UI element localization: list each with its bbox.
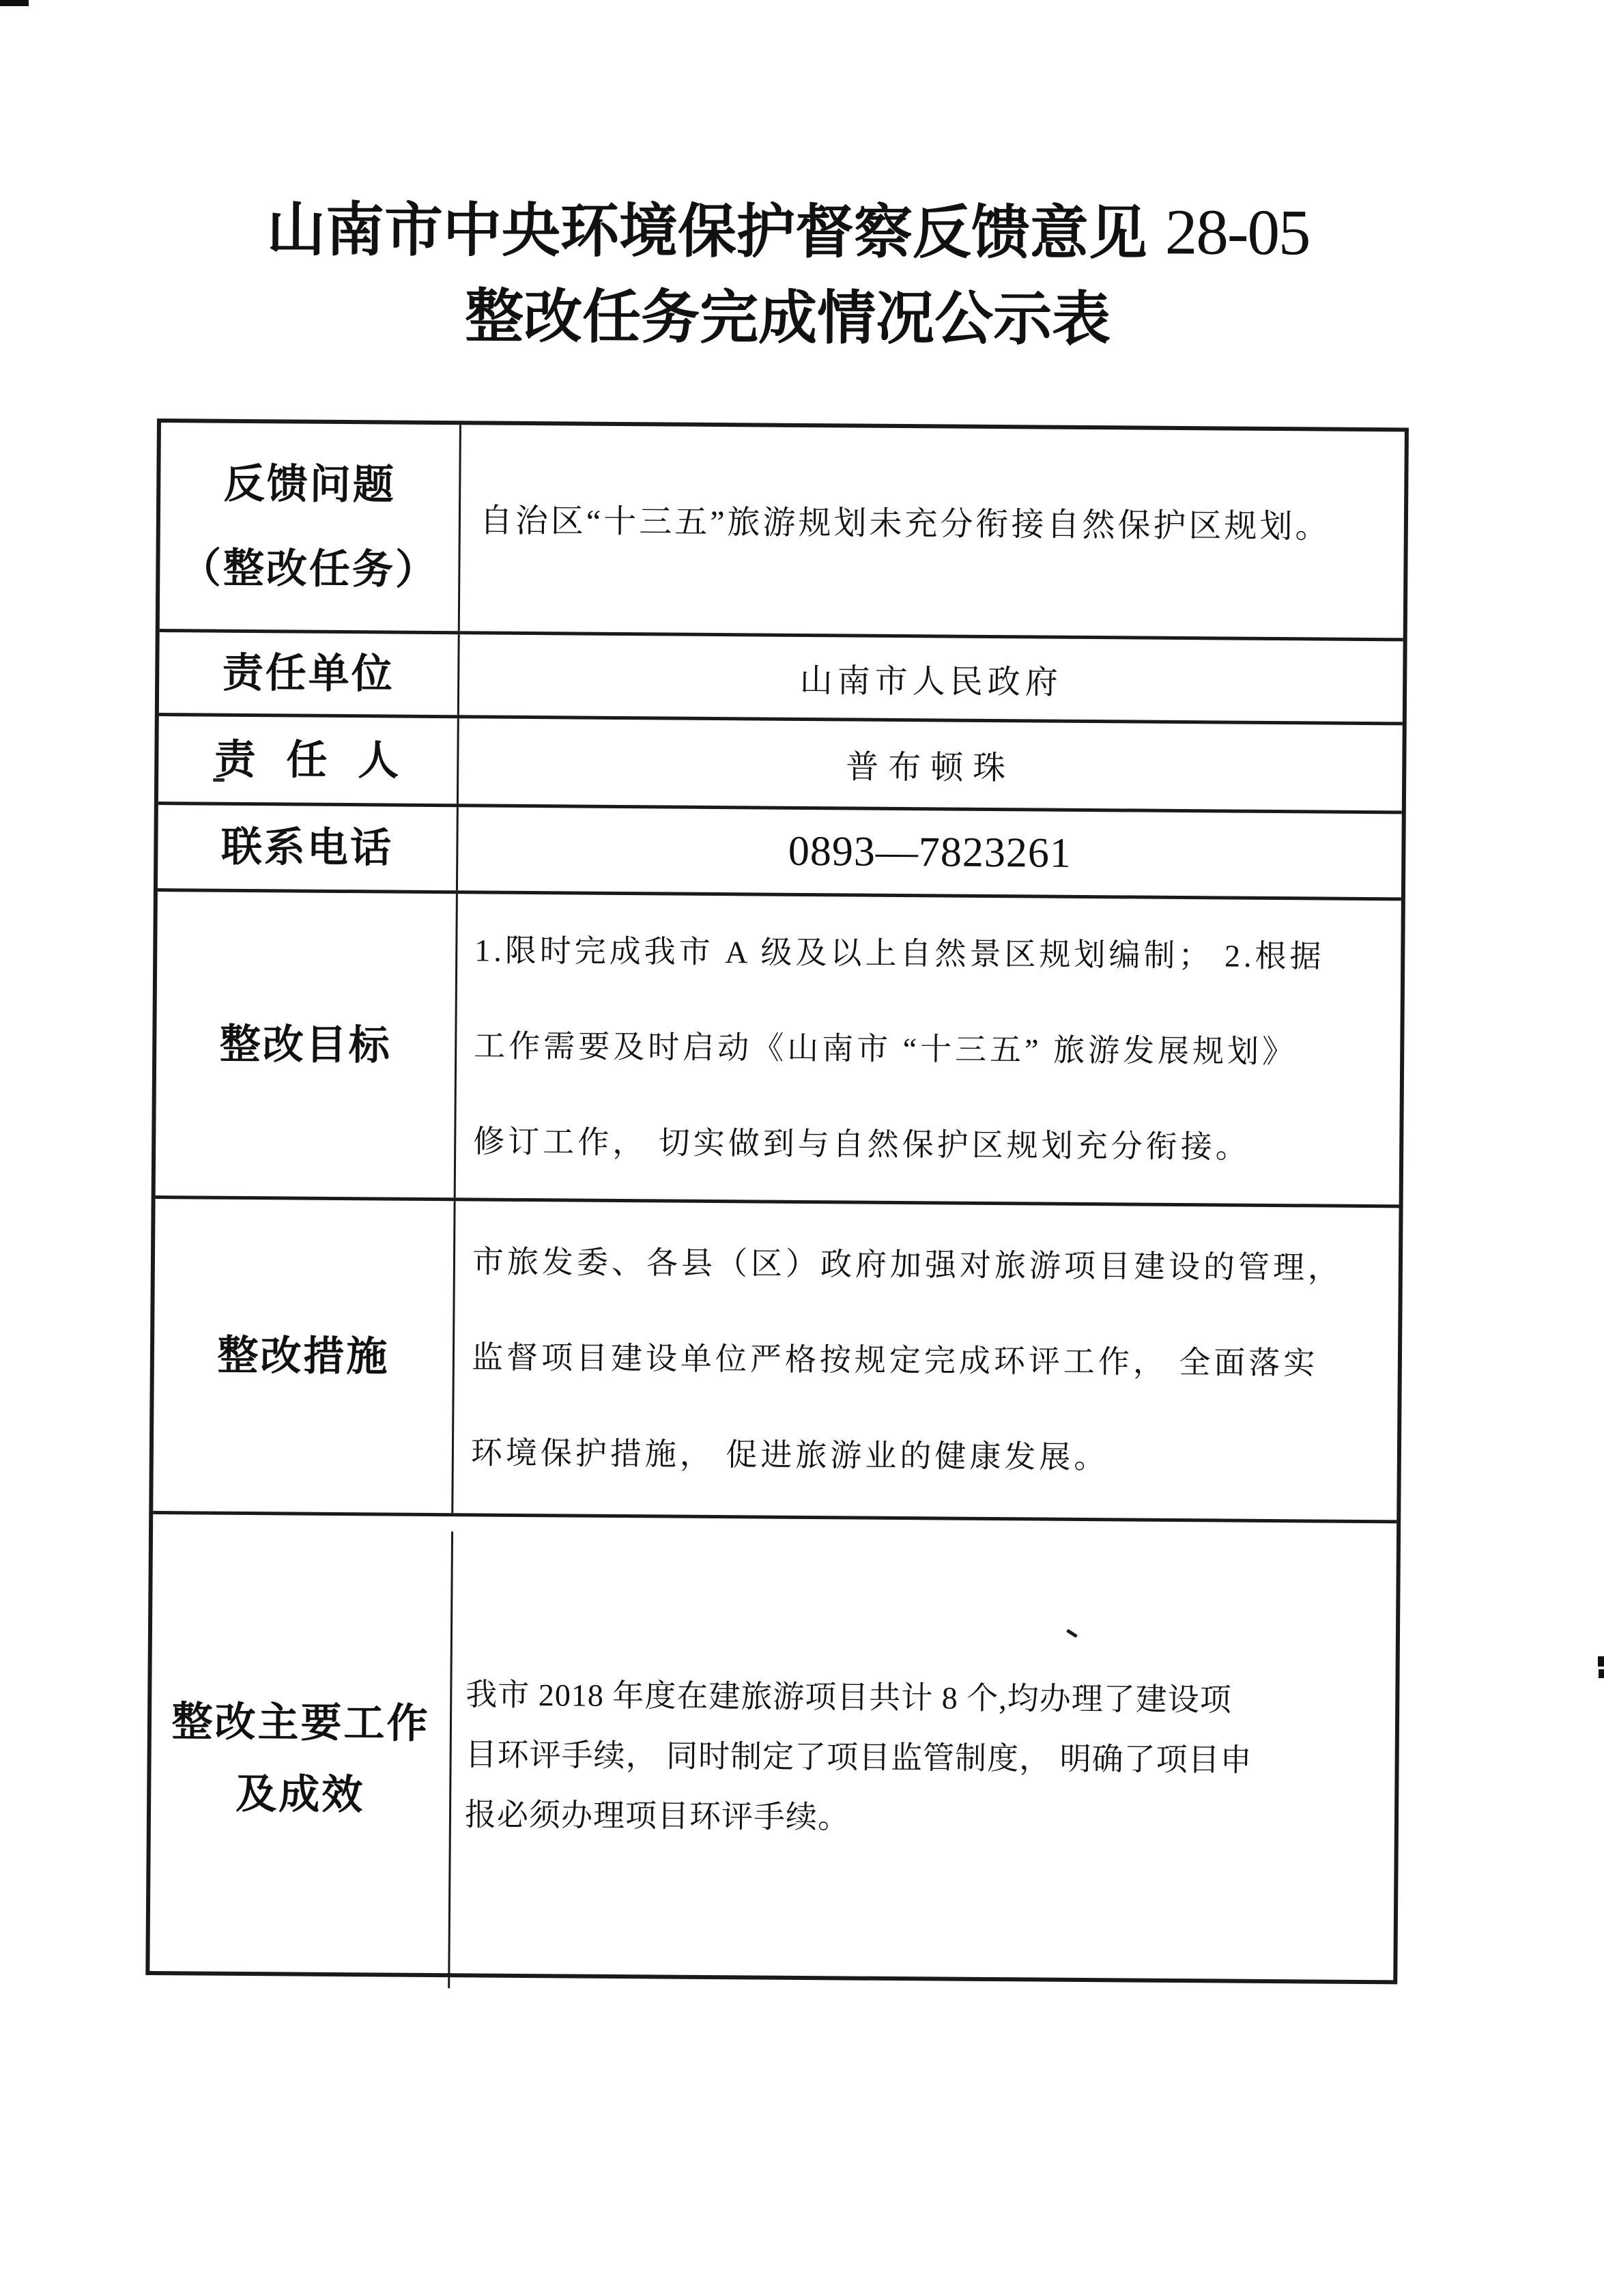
label-line: 整改目标 [219,1006,392,1083]
row-value-rectification-goal: 1.限时完成我市 A 级及以上自然景区规划编制； 2.根据 工作需要及时启动《山… [456,894,1401,1204]
document-title-code: 28-05 [1165,195,1310,268]
table-row-rectification-goal: 整改目标 1.限时完成我市 A 级及以上自然景区规划编制； 2.根据 工作需要及… [156,888,1401,1204]
row-label-contact-phone: 联系电话 [158,805,459,890]
scan-artifact-right-edge-bar [1599,1669,1604,1678]
content-line: 我市 2018 年度在建旅游项目共计 8 个,均办理了建设项 [466,1664,1371,1731]
document-title-line-2: 整改任务完成情况公示表 [0,272,1576,365]
row-value-rectification-measures: 市旅发委、各县（区）政府加强对旅游项目建设的管理， 监督项目建设单位严格按规定完… [453,1201,1399,1520]
label-line: （整改任务） [180,526,438,612]
content-line: 工作需要及时启动《山南市 “十三五” 旅游发展规划》 [474,998,1373,1101]
content-line: 目环评手续， 同时制定了项目监管制度， 明确了项目申 [465,1725,1371,1791]
table-row-rectification-measures: 整改措施 市旅发委、各县（区）政府加强对旅游项目建设的管理， 监督项目建设单位严… [153,1195,1399,1520]
content-line: 监督项目建设单位严格按规定完成环评工作， 全面落实 [471,1309,1371,1412]
row-label-rectification-goal: 整改目标 [156,892,458,1197]
label-line: 责 任 人 [214,722,401,798]
document-title-text: 山南市中央环境保护督察反馈意见 [267,196,1147,268]
label-line: 整改主要工作 [171,1686,430,1760]
content-line: 自治区“十三五”旅游规划未充分衔接自然保护区规划。 [480,494,1377,548]
row-value-responsible-unit: 山南市人民政府 [459,634,1403,722]
row-label-responsible-person: 责 任 人 [158,716,459,804]
scanned-document-page: 山南市中央环境保护督察反馈意见28-05 整改任务完成情况公示表 反馈问题 （整… [0,0,1604,2296]
content-line: 修订工作， 切实做到与自然保护区规划充分衔接。 [473,1094,1373,1196]
rectification-table: 反馈问题 （整改任务） 自治区“十三五”旅游规划未充分衔接自然保护区规划。 责任… [145,419,1409,1984]
row-value-feedback-issue: 自治区“十三五”旅游规划未充分衔接自然保护区规划。 [460,414,1405,627]
document-title-line-1: 山南市中央环境保护督察反馈意见28-05 [0,184,1577,279]
row-label-feedback-issue: 反馈问题 （整改任务） [160,423,461,631]
content-line: 环境保护措施， 促进旅游业的健康发展。 [470,1405,1370,1507]
row-label-main-work-results: 整改主要工作 及成效 [149,1529,453,1988]
row-value-main-work-results: 我市 2018 年度在建旅游项目共计 8 个,均办理了建设项 目环评手续， 同时… [450,1526,1397,1989]
row-value-contact-phone: 0893—7823261 [458,807,1402,897]
content-line: 市旅发委、各县（区）政府加强对旅游项目建设的管理， [472,1214,1371,1316]
content-line: 1.限时完成我市 A 级及以上自然景区规划编制； 2.根据 [474,903,1374,1005]
document-title: 山南市中央环境保护督察反馈意见28-05 整改任务完成情况公示表 [0,184,1577,365]
label-line: 整改措施 [217,1318,390,1394]
table-row-main-work-results: 整改主要工作 及成效 我市 2018 年度在建旅游项目共计 8 个,均办理了建设… [149,1511,1397,1980]
row-value-responsible-person: 普布顿珠 [459,718,1403,810]
table-row-contact-phone: 联系电话 0893—7823261 [158,802,1402,897]
row-label-responsible-unit: 责任单位 [159,632,460,715]
content-line: 0893—7823261 [788,827,1072,877]
table-row-responsible-unit: 责任单位 山南市人民政府 [159,629,1403,722]
label-line: 责任单位 [222,636,395,712]
table-row-responsible-person: 责 任 人 普布顿珠 [158,713,1403,810]
content-line: 普布顿珠 [846,740,1016,789]
table-row-feedback-issue: 反馈问题 （整改任务） 自治区“十三五”旅游规划未充分衔接自然保护区规划。 [160,423,1405,638]
content-line: 山南市人民政府 [799,653,1063,703]
row-label-rectification-measures: 整改措施 [153,1199,455,1513]
label-line: 反馈问题 [223,442,396,528]
content-line: 报必须办理项目环评手续。 [465,1785,1371,1852]
scan-artifact-right-edge-bar [1598,1656,1604,1667]
scan-artifact-top-left-bar [0,0,29,6]
label-line: 联系电话 [220,810,393,886]
label-line: 及成效 [235,1758,365,1830]
